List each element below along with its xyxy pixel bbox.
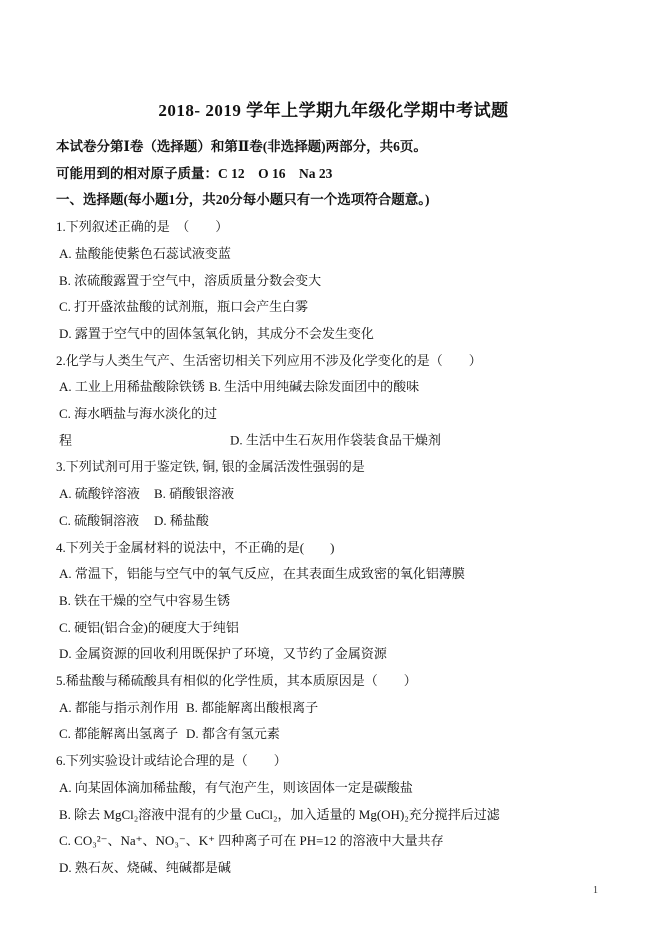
question-2-stem: 2.化学与人类生气产、生活密切相关下列应用不涉及化学变化的是（ ）	[56, 348, 611, 375]
question-4-stem: 4.下列关于金属材料的说法中，不正确的是( )	[56, 535, 611, 562]
question-4-option-d: D. 金属资源的回收利用既保护了环境，又节约了金属资源	[56, 641, 611, 668]
question-2-option-a: A. 工业上用稀盐酸除铁锈	[59, 374, 209, 401]
question-5-options-cd: C. 都能解离出氢离子D. 都含有氢元素	[56, 721, 611, 748]
question-5-option-b: B. 都能解离出酸根离子	[186, 700, 318, 715]
page-title: 2018- 2019 学年上学期九年级化学期中考试题	[56, 99, 611, 122]
section-heading: 一、选择题(每小题1分，共20分每小题只有一个选项符合题意。)	[56, 187, 611, 214]
question-2-option-c: C. 海水晒盐与海水淡化的过程	[59, 401, 230, 454]
question-2: 2.化学与人类生气产、生活密切相关下列应用不涉及化学变化的是（ ） A. 工业上…	[56, 348, 611, 455]
question-6-option-b: B. 除去 MgCl₂溶液中混有的少量 CuCl₂，加入适量的 Mg(OH)₂充…	[56, 802, 611, 829]
question-5-stem: 5.稀盐酸与稀硫酸具有相似的化学性质，其本质原因是（ ）	[56, 668, 611, 695]
question-6-option-a: A. 向某固体滴加稀盐酸，有气泡产生，则该固体一定是碳酸盐	[56, 775, 611, 802]
question-5-option-c: C. 都能解离出氢离子	[59, 721, 186, 748]
question-6-stem: 6.下列实验设计或结论合理的是（ ）	[56, 748, 611, 775]
question-5-option-a: A. 都能与指示剂作用	[59, 695, 186, 722]
question-3-options-ab: A. 硫酸锌溶液B. 硝酸银溶液	[56, 481, 611, 508]
question-6-option-d: D. 熟石灰、烧碱、纯碱都是碱	[56, 855, 611, 882]
question-3-options-cd: C. 硫酸铜溶液D. 稀盐酸	[56, 508, 611, 535]
question-2-option-d: D. 生活中生石灰用作袋装食品干燥剂	[230, 433, 441, 448]
question-3-option-d: D. 稀盐酸	[154, 513, 209, 528]
question-2-options-cd: C. 海水晒盐与海水淡化的过程D. 生活中生石灰用作袋装食品干燥剂	[56, 401, 611, 454]
question-1: 1.下列叙述正确的是 （ ） A. 盐酸能使紫色石蕊试液变蓝 B. 浓硫酸露置于…	[56, 214, 611, 348]
question-4-option-a: A. 常温下，铝能与空气中的氧气反应，在其表面生成致密的氧化铝薄膜	[56, 561, 611, 588]
question-3-option-c: C. 硫酸铜溶液	[59, 508, 154, 535]
question-1-option-a: A. 盐酸能使紫色石蕊试液变蓝	[56, 241, 611, 268]
question-3-stem: 3.下列试剂可用于鉴定铁, 铜, 银的金属活泼性强弱的是	[56, 454, 611, 481]
question-1-stem: 1.下列叙述正确的是 （ ）	[56, 214, 611, 241]
question-4-option-b: B. 铁在干燥的空气中容易生锈	[56, 588, 611, 615]
question-1-option-d: D. 露置于空气中的固体氢氧化钠，其成分不会发生变化	[56, 321, 611, 348]
question-3: 3.下列试剂可用于鉴定铁, 铜, 银的金属活泼性强弱的是 A. 硫酸锌溶液B. …	[56, 454, 611, 534]
question-5: 5.稀盐酸与稀硫酸具有相似的化学性质，其本质原因是（ ） A. 都能与指示剂作用…	[56, 668, 611, 748]
question-5-options-ab: A. 都能与指示剂作用B. 都能解离出酸根离子	[56, 695, 611, 722]
question-3-option-b: B. 硝酸银溶液	[154, 486, 234, 501]
question-1-option-c: C. 打开盛浓盐酸的试剂瓶，瓶口会产生白雾	[56, 294, 611, 321]
question-4: 4.下列关于金属材料的说法中，不正确的是( ) A. 常温下，铝能与空气中的氧气…	[56, 535, 611, 669]
question-1-option-b: B. 浓硫酸露置于空气中，溶质质量分数会变大	[56, 268, 611, 295]
intro-line-scope: 本试卷分第Ⅰ卷（选择题）和第Ⅱ卷(非选择题)两部分，共6页。	[56, 134, 611, 161]
intro-line-atomic-masses: 可能用到的相对原子质量：C 12 O 16 Na 23	[56, 161, 611, 188]
question-2-options-ab: A. 工业上用稀盐酸除铁锈B. 生活中用纯碱去除发面团中的酸味	[56, 374, 611, 401]
page-number: 1	[593, 885, 598, 897]
question-4-option-c: C. 硬铝(铝合金)的硬度大于纯铝	[56, 615, 611, 642]
question-6-option-c: C. CO₃²⁻、Na⁺、NO₃⁻、K⁺ 四种离子可在 PH=12 的溶液中大量…	[56, 828, 611, 855]
exam-page: 2018- 2019 学年上学期九年级化学期中考试题 本试卷分第Ⅰ卷（选择题）和…	[0, 0, 661, 935]
question-5-option-d: D. 都含有氢元素	[186, 726, 280, 741]
question-2-option-b: B. 生活中用纯碱去除发面团中的酸味	[209, 379, 419, 394]
question-3-option-a: A. 硫酸锌溶液	[59, 481, 154, 508]
question-6: 6.下列实验设计或结论合理的是（ ） A. 向某固体滴加稀盐酸，有气泡产生，则该…	[56, 748, 611, 882]
